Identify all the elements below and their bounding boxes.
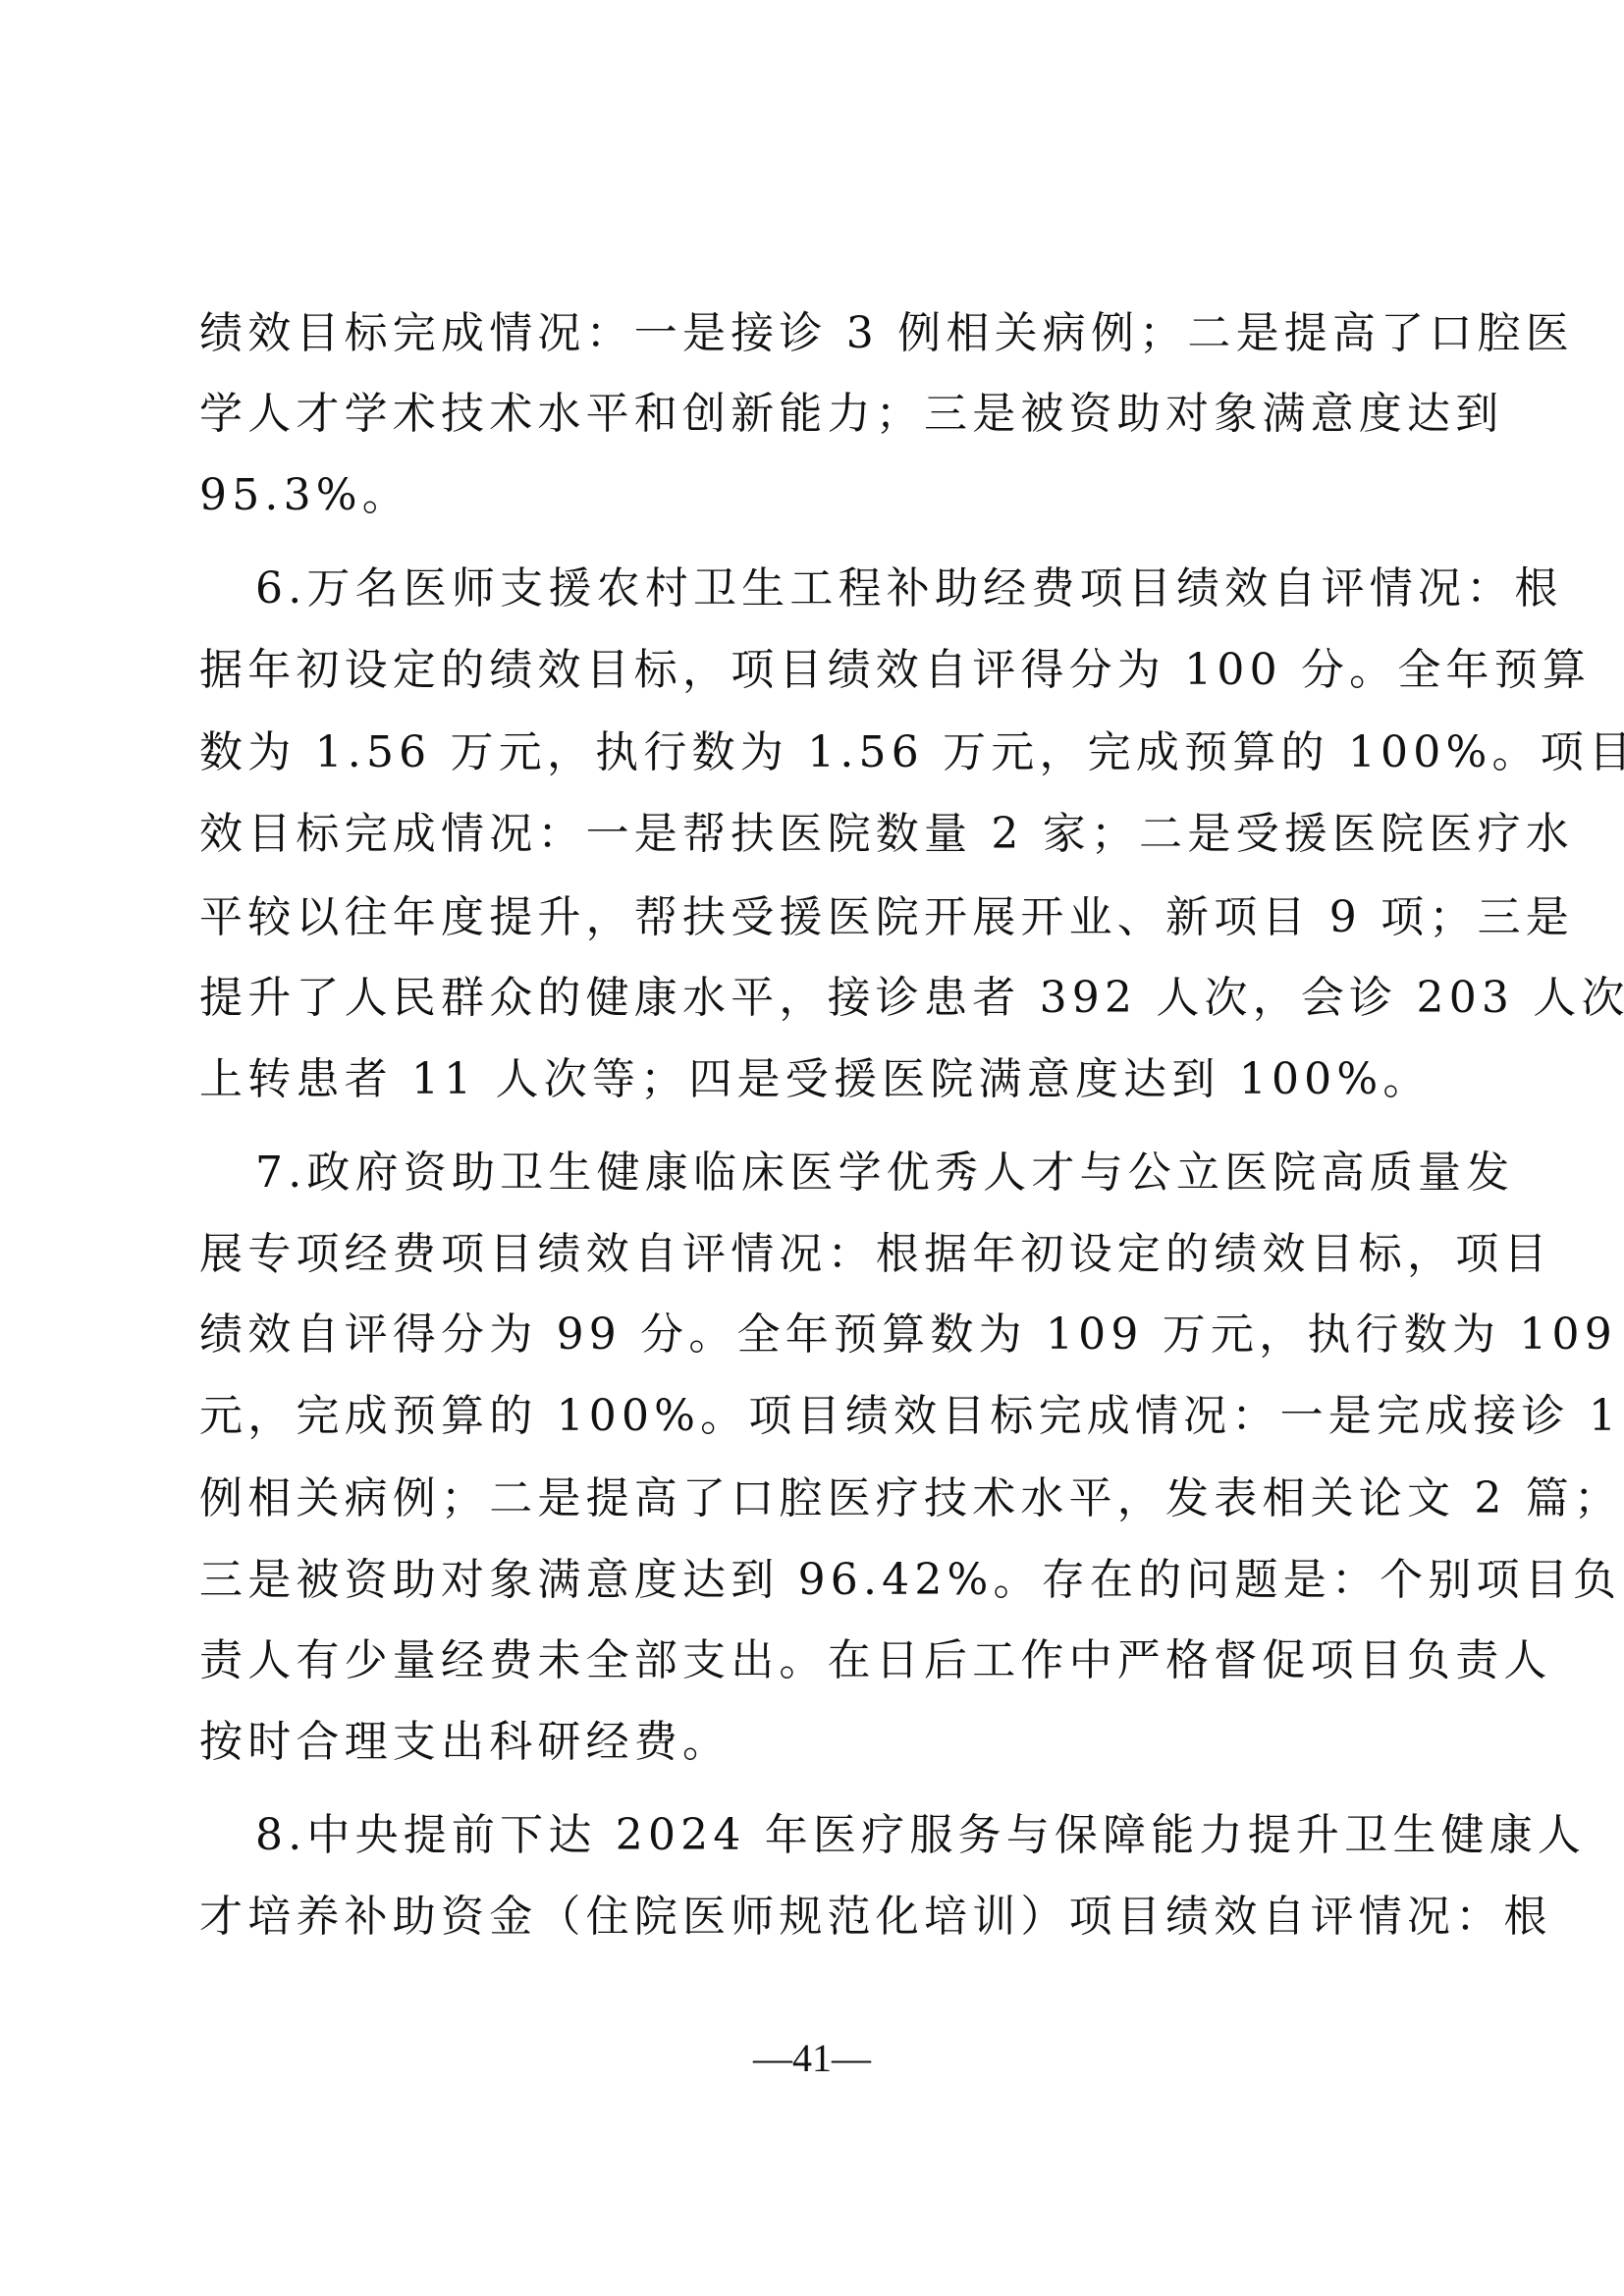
text-line: 提升了人民群众的健康水平，接诊患者 392 人次，会诊 203 人次， (199, 969, 1436, 1028)
text-line: 学人才学术技术水平和创新能力；三是被资助对象满意度达到 (199, 385, 1436, 444)
text-line: 平较以往年度提升，帮扶受援医院开展开业、新项目 9 项；三是 (199, 888, 1436, 947)
text-line: 数为 1.56 万元，执行数为 1.56 万元，完成预算的 100%。项目绩 (199, 723, 1436, 782)
text-line: 三是被资助对象满意度达到 96.42%。存在的问题是：个别项目负 (199, 1551, 1436, 1610)
text-line: 按时合理支出科研经费。 (199, 1713, 1436, 1772)
text-line: 绩效自评得分为 99 分。全年预算数为 109 万元，执行数为 109 万 (199, 1306, 1436, 1364)
text-line: 上转患者 11 人次等；四是受援医院满意度达到 100%。 (199, 1050, 1436, 1109)
document-page: 绩效目标完成情况：一是接诊 3 例相关病例；二是提高了口腔医 学人才学术技术水平… (0, 0, 1624, 2296)
text-line: 据年初设定的绩效目标，项目绩效自评得分为 100 分。全年预算 (199, 641, 1436, 700)
text-line: 责人有少量经费未全部支出。在日后工作中严格督促项目负责人 (199, 1631, 1436, 1690)
text-line: 展专项经费项目绩效自评情况：根据年初设定的绩效目标，项目 (199, 1225, 1436, 1284)
text-line: 例相关病例；二是提高了口腔医疗技术水平，发表相关论文 2 篇； (199, 1469, 1436, 1528)
text-line: 才培养补助资金（住院医师规范化培训）项目绩效自评情况：根 (199, 1888, 1436, 1947)
text-line: 绩效目标完成情况：一是接诊 3 例相关病例；二是提高了口腔医 (199, 304, 1436, 363)
text-line: 元，完成预算的 100%。项目绩效目标完成情况：一是完成接诊 10 (199, 1387, 1436, 1446)
paragraph-heading-line: 7.政府资助卫生健康临床医学优秀人才与公立医院高质量发 (255, 1144, 1436, 1202)
page-number: —41— (0, 2034, 1624, 2083)
text-line: 95.3%。 (199, 466, 1436, 525)
paragraph-heading-line: 6.万名医师支援农村卫生工程补助经费项目绩效自评情况：根 (255, 560, 1436, 618)
paragraph-heading-line: 8.中央提前下达 2024 年医疗服务与保障能力提升卫生健康人 (255, 1806, 1436, 1865)
text-line: 效目标完成情况：一是帮扶医院数量 2 家；二是受援医院医疗水 (199, 805, 1436, 864)
